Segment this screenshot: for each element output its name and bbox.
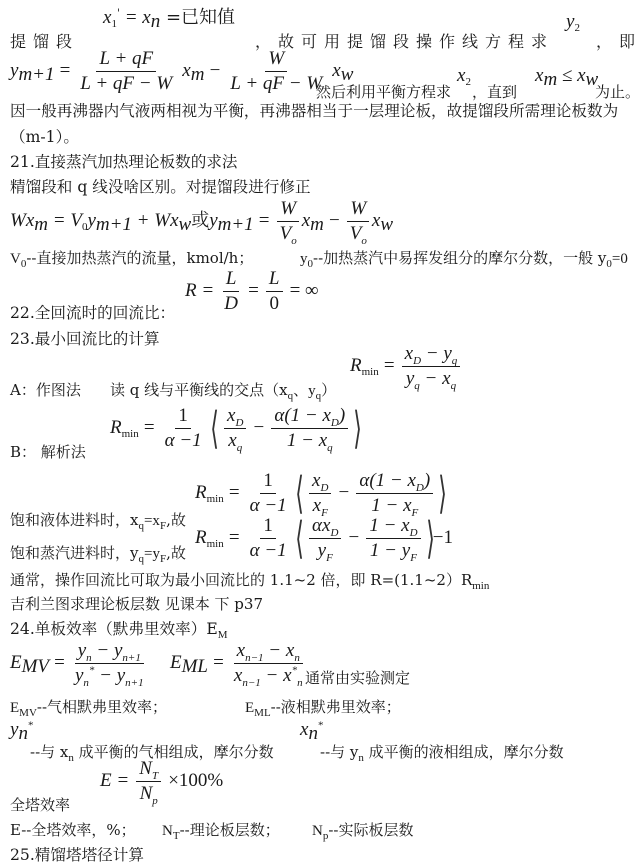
eq-rmin-saturated-vapor: Rmin = 1α −1 ⟨ αxDyF − 1 − xD1 − yF ⟩−1 [195,515,453,562]
fraction: 1α −1 [247,470,290,517]
fraction: 1α −1 [162,405,205,452]
eq-total-reflux: R = LD = L0 = ∞ [185,268,319,315]
text-until: ，直到 [472,82,517,102]
def-np: Np--实际板层数 [312,820,413,841]
fraction: L0 [266,268,283,315]
def-e: E--全塔效率，%； [10,820,136,840]
eq-eml: EML = xn−1 − xnxn−1 − x*n [170,640,308,687]
fraction: αxDyF [309,515,341,562]
section-25-title: 25.精馏塔塔径计算 [10,845,144,865]
experimental-note: 通常由实验测定 [305,668,410,688]
section-22-title: 22.全回流时的回流比： [10,303,175,323]
fraction: WVo [347,198,370,245]
def-emv: EMV--气相默弗里效率； [10,697,167,718]
eq-rmin-saturated-liquid: Rmin = 1α −1 ⟨ xDxF − α(1 − xD)1 − xF ⟩ [195,470,445,517]
section-21-text: 精馏段和 q 线没啥区别。对提馏段进行修正 [10,177,311,197]
fraction: xD − yqyq − xq [402,343,461,390]
fraction: α(1 − xD)1 − xq [271,405,348,452]
fraction: yn − yn+1yn* − yn+1 [72,640,147,687]
def-y0: y0--加热蒸汽中易挥发组分的摩尔分数，一般 y0=0 [300,248,628,269]
eq-x1-known: x1' = xn =已知值 [103,8,235,28]
eq-stripping-operating-line: ym+1 = L + qFL + qF − W xm − WL + qF − W… [10,48,353,95]
fraction: xDxq [224,405,246,452]
fraction: xn−1 − xnxn−1 − x*n [231,640,306,687]
fraction: xDxF [309,470,331,517]
section-24-title: 24.单板效率（默弗里效率）EM [10,619,228,639]
section-23-title: 23.最小回流比的计算 [10,329,160,349]
def-v0: V0--直接加热蒸汽的流量，kmol/h； [10,248,253,269]
def-nt: NT--理论板层数； [162,820,280,841]
eq-emv: EMV = yn − yn+1yn* − yn+1 [10,640,149,687]
text-stop: 为止。 [595,82,640,102]
gilliland-text: 吉利兰图求理论板层数 见课本 下 p37 [10,594,263,614]
para-reboiler: 因一般再沸器内气液两相视为平衡，再沸器相当于一层理论板，故提馏段所需理论板数为 [10,101,618,121]
eq-rmin-graphical: Rmin = xD − yqyq − xq [350,343,462,390]
var-y2: y2 [566,12,580,32]
fraction: NTNp [136,758,161,805]
var-x2: x2 [457,66,471,86]
overall-efficiency-label: 全塔效率 [10,795,70,815]
saturated-liquid-text: 饱和液体进料时，xq=xF,故 [10,510,186,531]
section-21-title: 21.直接蒸汽加热理论板数的求法 [10,152,238,172]
text-ji: ，即 [596,32,640,52]
text-then-equilibrium: 然后利用平衡方程求 [316,82,451,102]
fraction: 1 − xD1 − yF [366,515,420,562]
fraction: L + qFL + qF − W [77,48,175,95]
method-a-text: 读 q 线与平衡线的交点（xq、yq） [110,380,336,401]
def-eml: EML--液相默弗里效率； [245,697,401,718]
fraction: WVo [277,198,300,245]
eq-direct-steam: Wxm = V0ym+1 + Wxw或ym+1 = WVoxm − WVoxw [10,198,393,245]
var-x-star: xn* [300,720,323,740]
method-b-label: B： 解析法 [10,442,86,462]
fraction: α(1 − xD)1 − xF [356,470,433,517]
def-x-star: --与 yn 成平衡的液相组成，摩尔分数 [320,742,564,762]
saturated-vapor-text: 饱和蒸汽进料时，yq=yF,故 [10,543,186,564]
fraction: 1α −1 [247,515,290,562]
usual-reflux-text: 通常，操作回流比可取为最小回流比的 1.1~2 倍，即 R=(1.1~2）Rmi… [10,570,489,590]
method-a-label: A：作图法 [10,380,81,400]
fraction: LD [221,268,241,315]
var-y-star: yn* [10,720,33,740]
eq-rmin-analytic: Rmin = 1α −1 ⟨ xDxq − α(1 − xD)1 − xq ⟩ [110,405,360,452]
eq-overall-efficiency: E = NTNp ×100% [100,758,223,805]
para-reboiler-cont: （m-1）。 [10,127,79,147]
fraction: WL + qF − W [227,48,325,95]
eq-condition: xm ≤ xw [535,66,598,86]
